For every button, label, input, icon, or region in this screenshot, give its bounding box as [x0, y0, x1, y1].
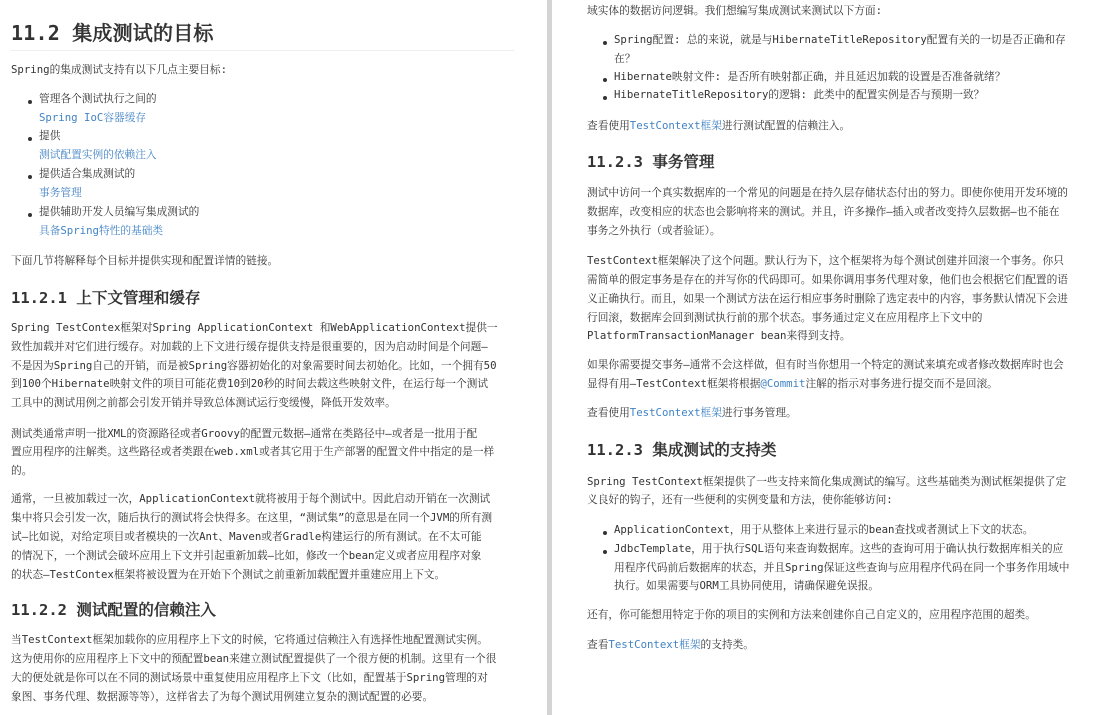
see-also-support: 查看TestContext框架的支持类。 — [587, 636, 754, 655]
outro-text: 下面几节将解释每个目标并提供实现和配置详情的链接。 — [11, 252, 278, 271]
list-item-line: 用程序代码前后数据库的状态，并且Spring保证这些查询与应用程序代码在同一个事… — [614, 559, 1069, 578]
list-item-line: Spring配置: 总的来说，就是与HibernateTitleReposito… — [614, 31, 1066, 50]
text-line: 还有，你可能想用特定于你的项目的实例和方法来创建你自己自定义的，应用程序范围的超… — [587, 606, 1036, 625]
testcontext-link[interactable]: TestContext框架 — [630, 119, 722, 132]
text-line: 象图、事务代理、数据源等等），这样省去了为每个测试用例建立复杂的测试配置的必要。 — [11, 688, 433, 707]
list-item-line: JdbcTemplate，用于执行SQL语句来查询数据库。这些的查询可用于确认执… — [614, 540, 1063, 559]
page-title: 11.2 集成测试的目标 — [11, 21, 214, 45]
see-also-tx: 查看使用TestContext框架进行事务管理。 — [587, 404, 797, 423]
text-line: 通常，一旦被加载过一次，ApplicationContext就将被用于每个测试中… — [11, 490, 490, 509]
text-line: 域实体的数据访问逻辑。我们想编写集成测试来测试以下方面: — [587, 2, 882, 21]
text-line: 这为使用你的应用程序上下文中的预配置bean来建立测试配置提供了一个很方便的机制… — [11, 650, 496, 669]
text: 查看 — [587, 638, 608, 651]
text-line: 的状态—TestContex框架将被设置为在开始下个测试之前重新加载配置并重建应… — [11, 566, 445, 585]
text-line: 致性加载并对它们进行缓存。对加载的上下文进行缓存提供支持是很重要的，因为启动时间… — [11, 338, 488, 357]
text-line: 显得有用—TestContext框架将根据@Commit注解的指示对事务进行提交… — [587, 375, 998, 394]
bullet-icon — [28, 137, 32, 141]
text-line: Spring TestContext框架提供了一些支持来简化集成测试的编写。这些… — [587, 473, 1066, 492]
section-heading: 11.2.1 上下文管理和缓存 — [11, 288, 200, 308]
list-item-line: Hibernate映射文件: 是否所有映射都正确，并且延迟加载的设置是否准备就绪… — [614, 68, 1005, 87]
list-item-line: 在？ — [614, 50, 635, 69]
list-item-line: HibernateTitleRepository的逻辑: 此类中的配置实例是否与… — [614, 86, 984, 105]
text-line: 的。 — [11, 462, 32, 481]
bullet-icon — [28, 175, 32, 179]
text-line: 到100个Hibernate映射文件的项目可能花费10到20秒的时间去载这些映射… — [11, 375, 488, 394]
section-heading: 11.2.3 集成测试的支持类 — [587, 440, 776, 460]
section-heading: 11.2.2 测试配置的信赖注入 — [11, 600, 216, 620]
see-also-di: 查看使用TestContext框架进行测试配置的信赖注入。 — [587, 117, 850, 136]
text: 的支持类。 — [701, 638, 754, 651]
bullet-icon — [603, 531, 607, 535]
text-line: 如果你需要提交事务—通常不会这样做，但有时当你想用一个特定的测试来填充或者修改数… — [587, 356, 1064, 375]
text-line: 不是因为Spring自己的开销，而是被Spring容器初始化的对象需要时间去初始… — [11, 357, 497, 376]
goal-link-ioc-cache[interactable]: Spring IoC容器缓存 — [39, 109, 146, 128]
text-line: 事务之外执行（或者验证）。 — [587, 222, 721, 241]
testcontext-link[interactable]: TestContext框架 — [608, 638, 700, 651]
goal-link-di[interactable]: 测试配置实例的依赖注入 — [39, 146, 157, 165]
bullet-icon — [603, 550, 607, 554]
title-rule — [11, 50, 514, 51]
text: 查看使用 — [587, 119, 630, 132]
text-line: 行回滚，数据库会回到测试执行前的那个状态。事务通过定义在应用程序上下文中的 — [587, 309, 982, 328]
bullet-icon — [28, 100, 32, 104]
text-line: TestContext框架解决了这个问题。默认行为下，这个框架将为每个测试创建并… — [587, 252, 1064, 271]
list-item-line: 执行。如果需要与ORM工具协同使用，请确保避免误报。 — [614, 577, 879, 596]
bullet-icon — [603, 96, 607, 100]
text-line: 大的便处就是你可以在不同的测试场景中重复使用应用程序上下文（比如，配置基于Spr… — [11, 669, 488, 688]
left-page: 11.2 集成测试的目标 Spring的集成测试支持有以下几点主要目标: 管理各… — [0, 0, 547, 715]
goal-text: 提供 — [39, 127, 60, 146]
commit-link[interactable]: @Commit — [760, 377, 805, 390]
goal-text: 提供辅助开发人员编写集成测试的 — [39, 203, 199, 222]
goal-text: 提供适合集成测试的 — [39, 165, 135, 184]
text: 进行测试配置的信赖注入。 — [722, 119, 850, 132]
section-heading: 11.2.3 事务管理 — [587, 152, 714, 172]
text-line: 集中将只会引发一次，随后执行的测试将会快得多。在这里，“测试集”的意思是在同一个… — [11, 509, 492, 528]
goal-link-tx[interactable]: 事务管理 — [39, 184, 82, 203]
text: 显得有用—TestContext框架将根据 — [587, 377, 760, 390]
text: 注解的指示对事务进行提交而不是回滚。 — [805, 377, 997, 390]
text: 查看使用 — [587, 406, 630, 419]
list-item-line: ApplicationContext，用于从整体上来进行显示的bean查找或者测… — [614, 521, 1033, 540]
testcontext-link[interactable]: TestContext框架 — [630, 406, 722, 419]
text-line: PlatformTransactionManager bean来得到支持。 — [587, 327, 851, 346]
text-line: 的情况下，一个测试会破坏应用上下文并引起重新加载—比如，修改一个bean定义或者… — [11, 547, 481, 566]
intro-text: Spring的集成测试支持有以下几点主要目标: — [11, 61, 227, 80]
text-line: 义正确执行。而且，如果一个测试方法在运行相应事务时删除了选定表中的内容，事务默认… — [587, 290, 1068, 309]
text-line: 工具中的测试用例之前都会引发开销并导致总体测试运行变缓慢，降低开发效率。 — [11, 394, 396, 413]
text-line: 当TestContext框架加载你的应用程序上下文的时候，它将通过信赖注入有选择… — [11, 631, 488, 650]
text-line: 需简单的假定事务是存在的并写你的代码即可。如果你调用事务代理对象，他们也会根据它… — [587, 271, 1068, 290]
text: 进行事务管理。 — [722, 406, 797, 419]
bullet-icon — [603, 78, 607, 82]
text-line: 数据库，改变相应的状态也会影响将来的测试。并且，许多操作—插入或者改变持久层数据… — [587, 203, 1059, 222]
bullet-icon — [603, 41, 607, 45]
bullet-icon — [28, 213, 32, 217]
text-line: 测试类通常声明一批XML的资源路径或者Groovy的配置元数据—通常在类路径中—… — [11, 425, 477, 444]
text-line: 试—比如说，对给定项目或者模块的一次Ant、Maven或者Gradle构建运行的… — [11, 528, 482, 547]
goal-text: 管理各个测试执行之间的 — [39, 90, 157, 109]
goal-link-support[interactable]: 具备Spring特性的基础类 — [39, 222, 163, 241]
text-line: 置应用程序的注解类。这些路径或者类跟在web.xml或者其它用于生产部署的配置文… — [11, 443, 494, 462]
text-line: 测试中访问一个真实数据库的一个常见的问题是在持久层存储状态付出的努力。即使你使用… — [587, 184, 1068, 203]
text-line: 义良好的钩子，还有一些便利的实例变量和方法，使你能够访问: — [587, 491, 893, 510]
text-line: Spring TestContex框架对Spring ApplicationCo… — [11, 319, 498, 338]
